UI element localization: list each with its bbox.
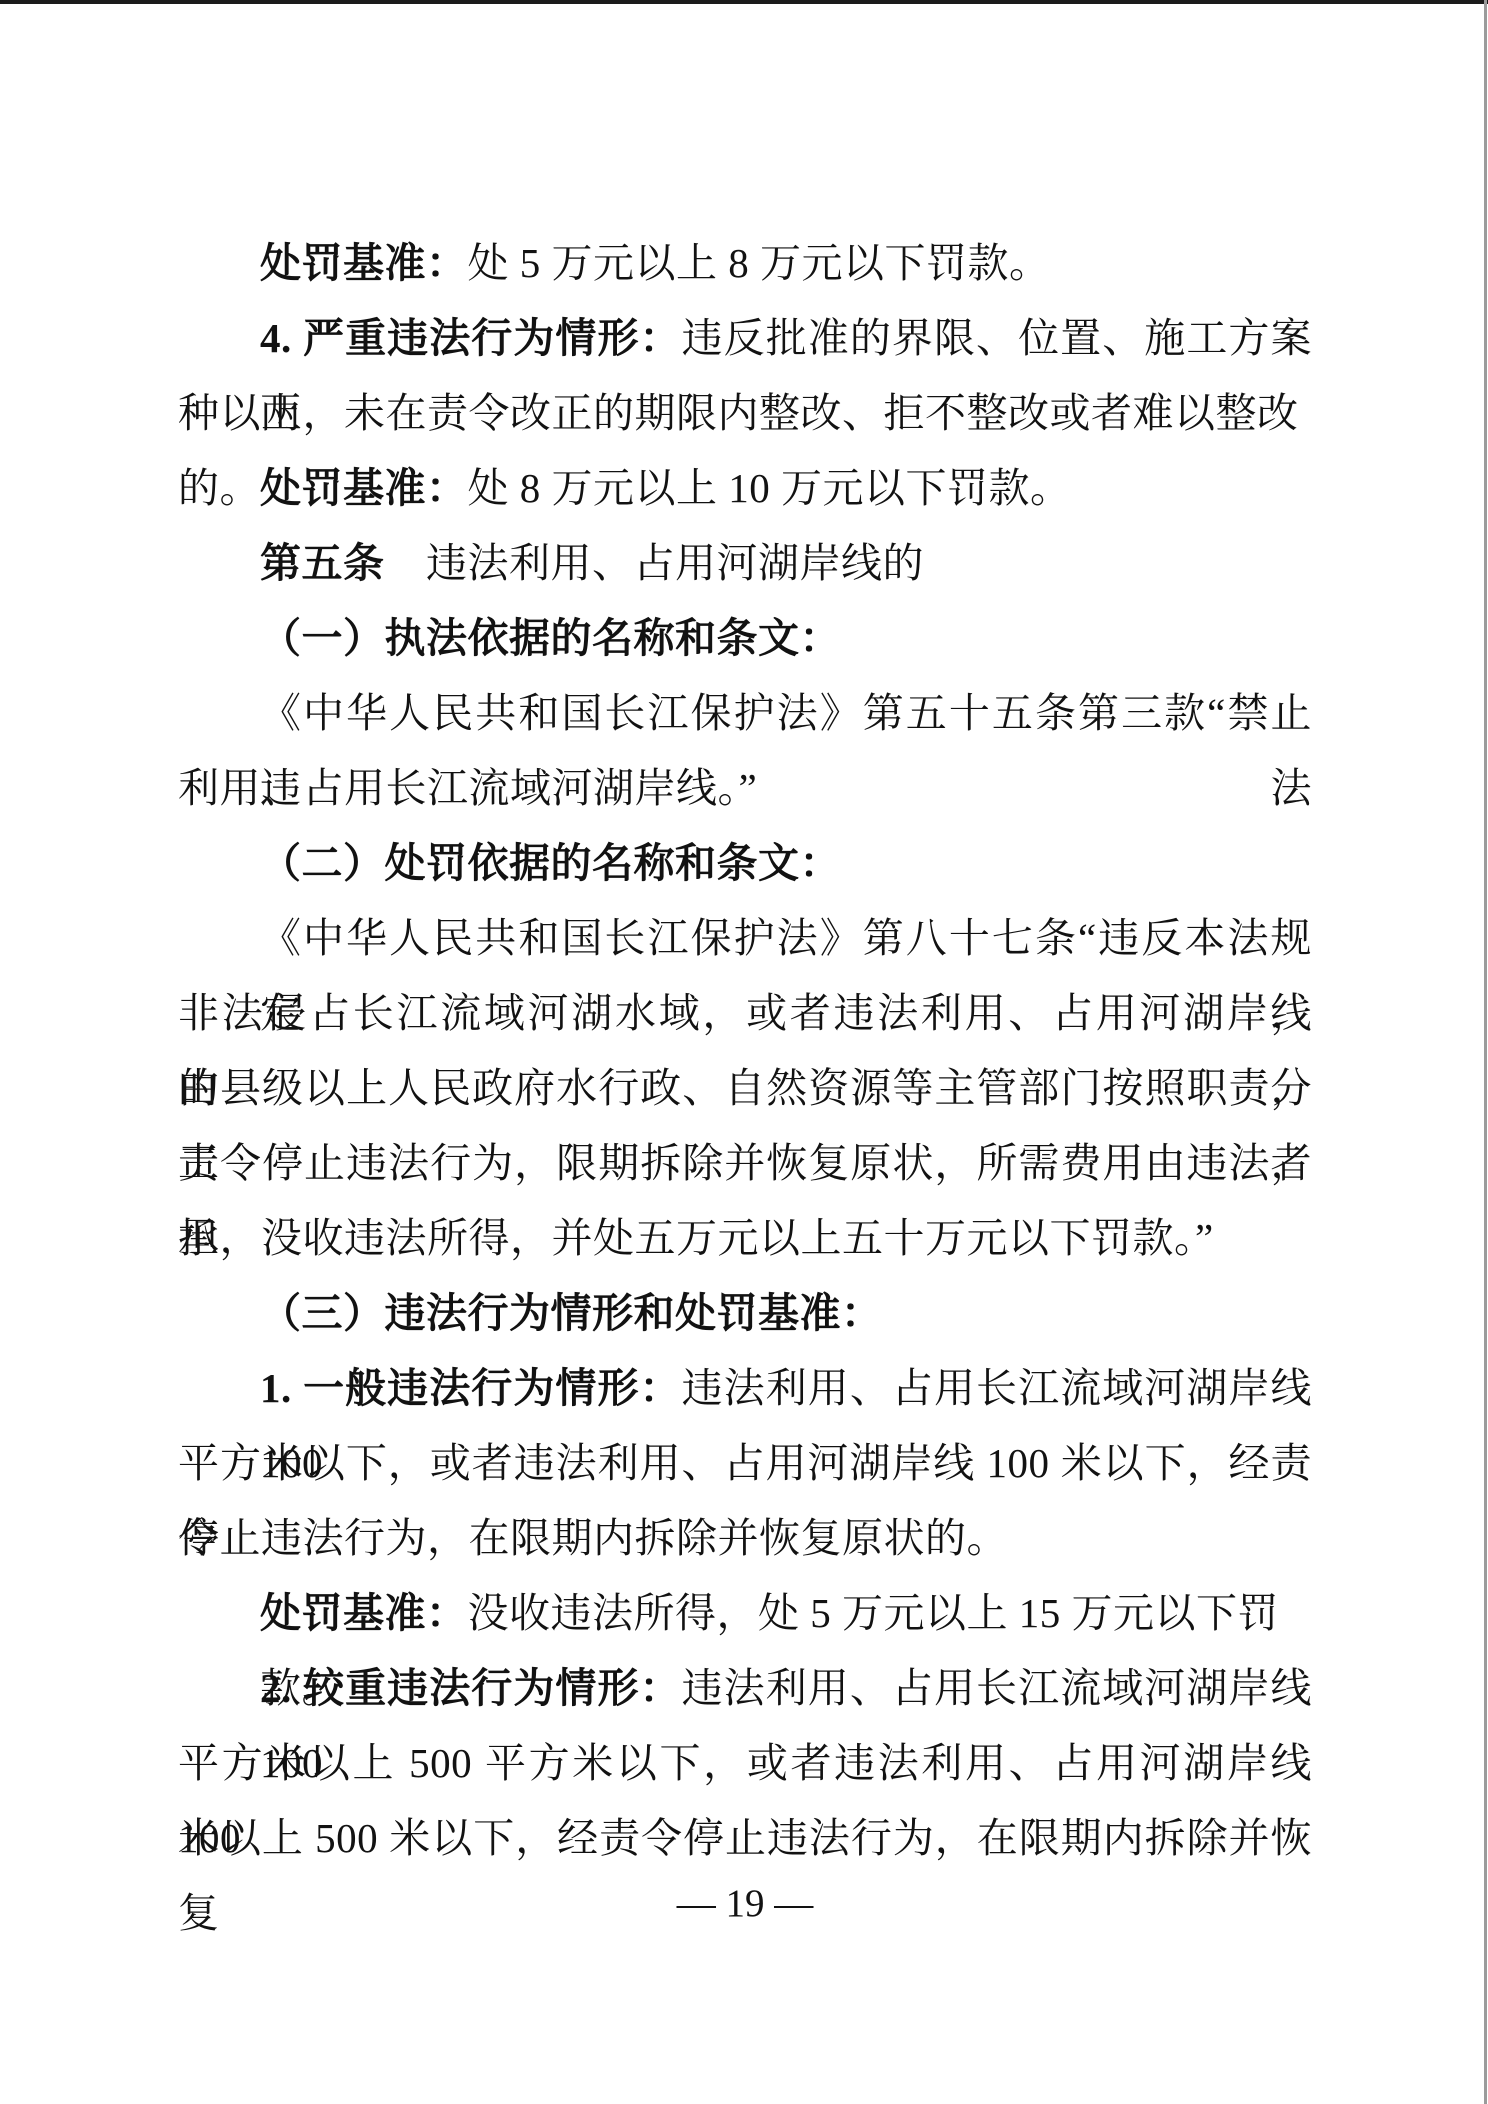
text-line: 米以上 500 米以下，经责令停止违法行为，在限期内拆除并恢复 — [178, 1801, 1312, 1876]
text-line: 平方米以下，或者违法利用、占用河湖岸线 100 米以下，经责令 — [178, 1426, 1312, 1501]
text-line: 《中华人民共和国长江保护法》第五十五条第三款“禁止违法 — [178, 676, 1312, 751]
text-segment: 担，没收违法所得，并处五万元以上五十万元以下罚款。” — [178, 1215, 1214, 1261]
text-line: 责令停止违法行为，限期拆除并恢复原状，所需费用由违法者承 — [178, 1126, 1312, 1201]
bold-text-segment: 1. 一般违法行为情形： — [260, 1365, 682, 1411]
document-page: 处罚基准：处 5 万元以上 8 万元以下罚款。4. 严重违法行为情形：违反批准的… — [0, 0, 1488, 2104]
bold-text-segment: 处罚基准： — [260, 465, 468, 511]
bold-text-segment: （二）处罚依据的名称和条文： — [260, 840, 841, 886]
text-segment: 利用、占用长江流域河湖岸线。” — [178, 765, 757, 811]
text-line: 非法侵占长江流域河湖水域，或者违法利用、占用河湖岸线的， — [178, 976, 1312, 1051]
text-line: 第五条 违法利用、占用河湖岸线的 — [178, 526, 1312, 601]
text-line: 2. 较重违法行为情形：违法利用、占用长江流域河湖岸线 100 — [178, 1651, 1312, 1726]
text-line: 处罚基准：处 5 万元以上 8 万元以下罚款。 — [178, 226, 1312, 301]
text-line: 停止违法行为，在限期内拆除并恢复原状的。 — [178, 1501, 1312, 1576]
text-line: （三）违法行为情形和处罚基准： — [178, 1276, 1312, 1351]
text-line: 《中华人民共和国长江保护法》第八十七条“违反本法规定， — [178, 901, 1312, 976]
bold-text-segment: （三）违法行为情形和处罚基准： — [260, 1290, 883, 1336]
text-segment: 处 8 万元以上 10 万元以下罚款。 — [468, 465, 1072, 511]
bold-text-segment: 2. 较重违法行为情形： — [260, 1665, 682, 1711]
text-line: 平方米以上 500 平方米以下，或者违法利用、占用河湖岸线 100 — [178, 1726, 1312, 1801]
text-line: 处罚基准：没收违法所得，处 5 万元以上 15 万元以下罚款。 — [178, 1576, 1312, 1651]
text-line: 处罚基准：处 8 万元以上 10 万元以下罚款。 — [178, 451, 1312, 526]
document-lines: 处罚基准：处 5 万元以上 8 万元以下罚款。4. 严重违法行为情形：违反批准的… — [178, 226, 1312, 1876]
bold-text-segment: 4. 严重违法行为情形： — [260, 315, 682, 361]
text-segment: 停止违法行为，在限期内拆除并恢复原状的。 — [178, 1515, 1008, 1561]
text-line: 担，没收违法所得，并处五万元以上五十万元以下罚款。” — [178, 1201, 1312, 1276]
bold-text-segment: 第五条 — [260, 540, 385, 586]
text-segment: 处 5 万元以上 8 万元以下罚款。 — [468, 240, 1051, 286]
text-line: （一）执法依据的名称和条文： — [178, 601, 1312, 676]
text-line: （二）处罚依据的名称和条文： — [178, 826, 1312, 901]
text-line: 种以上，未在责令改正的期限内整改、拒不整改或者难以整改的。 — [178, 376, 1312, 451]
text-line: 由县级以上人民政府水行政、自然资源等主管部门按照职责分工， — [178, 1051, 1312, 1126]
text-segment: 违法利用、占用河湖岸线的 — [385, 540, 925, 586]
page-number: — 19 — — [178, 1878, 1312, 1930]
bold-text-segment: 处罚基准： — [260, 240, 468, 286]
top-edge-bar — [0, 0, 1488, 4]
right-edge-line — [1484, 0, 1487, 2104]
bold-text-segment: 处罚基准： — [260, 1590, 468, 1636]
bold-text-segment: （一）执法依据的名称和条文： — [260, 615, 841, 661]
text-line: 1. 一般违法行为情形：违法利用、占用长江流域河湖岸线 100 — [178, 1351, 1312, 1426]
text-line: 4. 严重违法行为情形：违反批准的界限、位置、施工方案两 — [178, 301, 1312, 376]
